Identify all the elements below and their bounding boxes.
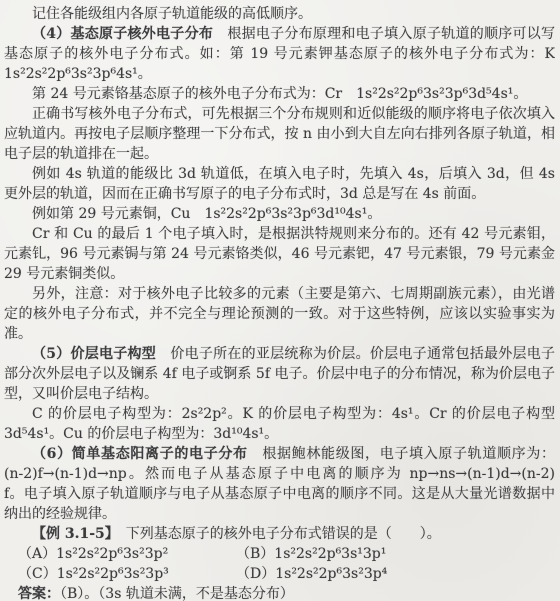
options-row-1: （A）1s²2s²2p⁶3s²3p² （B）1s²2s²2p⁶3s¹3p¹ <box>4 544 555 564</box>
answer-label: 答案： <box>18 586 60 601</box>
orbital-order-line: (n-2)f→(n-1)d→np。然而电子从基态原子中电离的顺序为 np→ns→… <box>4 464 555 484</box>
line-text: 应轨道内。再按电子层顺序整理一下分布式，按 n 由小到大自左向右排列各原子轨道，… <box>4 126 555 144</box>
body-line: （4）基态原子核外电子分布 根据电子分布原理和电子填入原子轨道的顺序可以写出 <box>4 24 555 44</box>
body-line: （6）简单基态阳离子的电子分布 根据鲍林能级图，电子填入原子轨道顺序为：ns→ <box>4 444 555 464</box>
valence-config-line: C 的价层电子构型为：2s²2p²。K 的价层电子构型为：4s¹。Cr 的价层电… <box>4 404 555 424</box>
line-text: 1s²2s²2p⁶3s²3p⁶4s¹。 <box>4 66 152 82</box>
line-text: 例如 4s 轨道的能级比 3d 轨道低，在填入电子时，先填入 4s，后填入 3d… <box>4 166 555 184</box>
line-text: 定的核外电子分布式，并不完全与理论预测的一致。对于这些特例，应该以实验事实为 <box>4 306 555 322</box>
line-text: 29 号元素铜类似。 <box>4 266 124 282</box>
document-page: { "page": { "background_color": "#f0efec… <box>0 0 560 601</box>
section-4-title: （4）基态原子核外电子分布 <box>32 26 213 42</box>
body-line: 29 号元素铜类似。 <box>4 264 555 284</box>
line-text: 元素钆，96 号元素锔与第 24 号元素铬类似，46 号元素钯，47 号元素银，… <box>4 246 555 264</box>
line-text: 例如第 29 号元素铜，Cu 1s²2s²2p⁶3s²3p⁶3d¹⁰4s¹。 <box>32 206 381 222</box>
body-line: 应轨道内。再按电子层顺序整理一下分布式，按 n 由小到大自左向右排列各原子轨道，… <box>4 124 555 144</box>
answer-text: （B）。（3s 轨道未满，不是基态分布） <box>60 586 294 601</box>
electron-config-K: 1s²2s²2p⁶3s²3p⁶4s¹。 <box>4 64 555 84</box>
body-line: 型，又叫价层电子结构。 <box>4 384 555 404</box>
body-line: 定的核外电子分布式，并不完全与理论预测的一致。对于这些特例，应该以实验事实为 <box>4 304 555 324</box>
body-line: 部分次外层电子以及镧系 4f 电子或锕系 5f 电子。价层中电子的分布情况，称为… <box>4 364 555 384</box>
electron-config-Cu: 例如第 29 号元素铜，Cu 1s²2s²2p⁶3s²3p⁶3d¹⁰4s¹。 <box>4 204 555 224</box>
body-line: Cr 和 Cu 的最后 1 个电子填入时，是根据洪特规则来分布的。还有 42 号… <box>4 224 555 244</box>
page-body: 记住各能级组内各原子轨道能级的高低顺序。 （4）基态原子核外电子分布 根据电子分… <box>4 4 555 601</box>
option-d: （D）1s²2s²2p⁶3s²3p⁴ <box>236 564 387 584</box>
body-line: 基态原子的核外电子分布式。如：第 19 号元素钾基态原子的核外电子分布式为：K <box>4 44 555 64</box>
line-text: (n-2)f→(n-1)d→np。然而电子从基态原子中电离的顺序为 np→ns→… <box>4 466 555 482</box>
line-text: 准。 <box>4 326 32 342</box>
electron-config-Cr: 第 24 号元素铬基态原子的核外电子分布式为：Cr 1s²2s²2p⁶3s²3p… <box>4 84 555 104</box>
line-text: 第 24 号元素铬基态原子的核外电子分布式为：Cr 1s²2s²2p⁶3s²3p… <box>32 86 527 102</box>
body-line: 准。 <box>4 324 555 344</box>
line-text: 基态原子的核外电子分布式。如：第 19 号元素钾基态原子的核外电子分布式为：K <box>4 46 555 62</box>
line-text: 记住各能级组内各原子轨道能级的高低顺序。 <box>32 6 312 22</box>
option-a: （A）1s²2s²2p⁶3s²3p² <box>18 544 236 564</box>
line-text: 电子层的轨道排在一起。 <box>4 146 158 162</box>
option-b: （B）1s²2s²2p⁶3s¹3p¹ <box>236 544 386 564</box>
example-question: 下列基态原子的核外电子分布式错误的是（ ）。 <box>112 526 441 542</box>
body-line: 记住各能级组内各原子轨道能级的高低顺序。 <box>4 4 555 24</box>
line-text: 正确书写核外电子分布式，可先根据三个分布规则和近似能级的顺序将电子依次填入相 <box>4 106 555 124</box>
line-text: 另外，注意：对于核外电子比较多的元素（主要是第六、七周期副族元素），由光谱测 <box>4 286 555 304</box>
example-heading: 【例 3.1-5】 下列基态原子的核外电子分布式错误的是（ ）。 <box>4 524 555 544</box>
line-text: Cr 和 Cu 的最后 1 个电子填入时，是根据洪特规则来分布的。还有 42 号… <box>4 226 555 244</box>
body-line: f。电子填入原子轨道顺序与电子从基态原子中电离的顺序不同。这是从大量光谱数据中归 <box>4 484 555 504</box>
line-text: 纳出的经验规律。 <box>4 506 116 522</box>
line-text: 型，又叫价层电子结构。 <box>4 386 158 402</box>
body-line: （5）价层电子构型 价电子所在的亚层统称为价层。价层电子通常包括最外层电子和 <box>4 344 555 364</box>
body-line: 纳出的经验规律。 <box>4 504 555 524</box>
section-6-title: （6）简单基态阳离子的电子分布 <box>32 446 248 462</box>
answer-line: 答案：（B）。（3s 轨道未满，不是基态分布） <box>4 584 555 601</box>
line-text: 部分次外层电子以及镧系 4f 电子或锕系 5f 电子。价层中电子的分布情况，称为… <box>4 366 555 384</box>
body-line: 另外，注意：对于核外电子比较多的元素（主要是第六、七周期副族元素），由光谱测 <box>4 284 555 304</box>
body-line: 例如 4s 轨道的能级比 3d 轨道低，在填入电子时，先填入 4s，后填入 3d… <box>4 164 555 184</box>
line-text: 3d⁵4s¹。Cu 的价层电子构型为：3d¹⁰4s¹。 <box>4 426 278 442</box>
options-row-2: （C）1s²2s²2p⁶3s²3p³ （D）1s²2s²2p⁶3s²3p⁴ <box>4 564 555 584</box>
section-5-title: （5）价层电子构型 <box>32 346 156 362</box>
valence-config-line: 3d⁵4s¹。Cu 的价层电子构型为：3d¹⁰4s¹。 <box>4 424 555 444</box>
body-line: 正确书写核外电子分布式，可先根据三个分布规则和近似能级的顺序将电子依次填入相 <box>4 104 555 124</box>
example-label: 【例 3.1-5】 <box>32 526 112 542</box>
line-text: f。电子填入原子轨道顺序与电子从基态原子中电离的顺序不同。这是从大量光谱数据中归 <box>4 486 555 504</box>
line-text: C 的价层电子构型为：2s²2p²。K 的价层电子构型为：4s¹。Cr 的价层电… <box>4 406 555 424</box>
option-c: （C）1s²2s²2p⁶3s²3p³ <box>18 564 236 584</box>
body-line: 电子层的轨道排在一起。 <box>4 144 555 164</box>
line-text: 更外层的轨道，因而在正确书写原子的电子分布式时，3d 总是写在 4s 前面。 <box>4 186 485 202</box>
body-line: 更外层的轨道，因而在正确书写原子的电子分布式时，3d 总是写在 4s 前面。 <box>4 184 555 204</box>
body-line: 元素钆，96 号元素锔与第 24 号元素铬类似，46 号元素钯，47 号元素银，… <box>4 244 555 264</box>
